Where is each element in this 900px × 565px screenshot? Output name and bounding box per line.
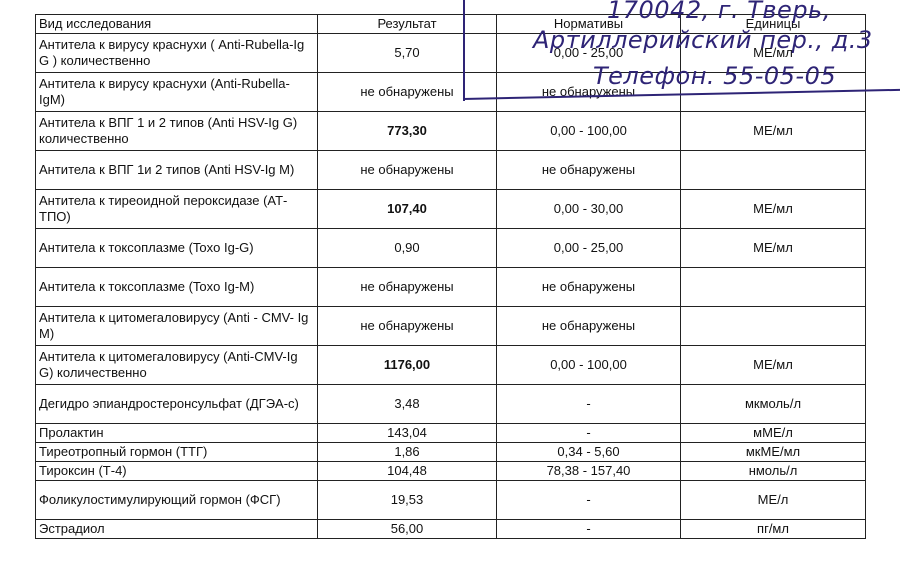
reference-range-cell: не обнаружены xyxy=(497,73,681,112)
unit-cell xyxy=(681,151,866,190)
reference-range-cell: не обнаружены xyxy=(497,151,681,190)
result-cell: 5,70 xyxy=(318,34,497,73)
result-cell: не обнаружены xyxy=(318,151,497,190)
result-cell: 773,30 xyxy=(318,112,497,151)
reference-range-cell: 78,38 - 157,40 xyxy=(497,462,681,481)
header-result: Результат xyxy=(318,15,497,34)
test-name-cell: Дегидро эпиандростеронсульфат (ДГЭА-с) xyxy=(36,385,318,424)
unit-cell: МЕ/мл xyxy=(681,229,866,268)
test-name-cell: Эстрадиол xyxy=(36,520,318,539)
table-row: Антитела к ВПГ 1 и 2 типов (Anti HSV-Ig … xyxy=(36,112,866,151)
test-name-cell: Антитела к ВПГ 1и 2 типов (Anti HSV-Ig M… xyxy=(36,151,318,190)
table-row: Антитела к ВПГ 1и 2 типов (Anti HSV-Ig M… xyxy=(36,151,866,190)
result-cell: 3,48 xyxy=(318,385,497,424)
lab-results-table: Вид исследования Результат Нормативы Еди… xyxy=(35,14,866,539)
reference-range-cell: - xyxy=(497,481,681,520)
test-name-cell: Антитела к тиреоидной пероксидазе (АТ-ТП… xyxy=(36,190,318,229)
test-name-cell: Антитела к токсоплазме (Toxo Ig-G) xyxy=(36,229,318,268)
test-name-cell: Антитела к токсоплазме (Toxo Ig-M) xyxy=(36,268,318,307)
unit-cell: МЕ/мл xyxy=(681,346,866,385)
result-cell: 19,53 xyxy=(318,481,497,520)
test-name-cell: Тироксин (Т-4) xyxy=(36,462,318,481)
table-row: Дегидро эпиандростеронсульфат (ДГЭА-с)3,… xyxy=(36,385,866,424)
unit-cell: МЕ/л xyxy=(681,481,866,520)
result-cell: 1176,00 xyxy=(318,346,497,385)
header-norm: Нормативы xyxy=(497,15,681,34)
result-cell: 56,00 xyxy=(318,520,497,539)
result-cell: 1,86 xyxy=(318,443,497,462)
unit-cell: мкмоль/л xyxy=(681,385,866,424)
table-row: Антитела к вирусу краснухи ( Anti-Rubell… xyxy=(36,34,866,73)
table-row: Антитела к цитомегаловирусу (Anti-CMV-Ig… xyxy=(36,346,866,385)
unit-cell: МЕ/мл xyxy=(681,34,866,73)
unit-cell xyxy=(681,307,866,346)
reference-range-cell: 0,00 - 25,00 xyxy=(497,229,681,268)
reference-range-cell: 0,00 - 25,00 xyxy=(497,34,681,73)
reference-range-cell: 0,34 - 5,60 xyxy=(497,443,681,462)
reference-range-cell: не обнаружены xyxy=(497,268,681,307)
unit-cell: МЕ/мл xyxy=(681,112,866,151)
table-row: Антитела к токсоплазме (Toxo Ig-G)0,900,… xyxy=(36,229,866,268)
test-name-cell: Антитела к ВПГ 1 и 2 типов (Anti HSV-Ig … xyxy=(36,112,318,151)
test-name-cell: Антитела к вирусу краснухи ( Anti-Rubell… xyxy=(36,34,318,73)
reference-range-cell: не обнаружены xyxy=(497,307,681,346)
table-row: Тироксин (Т-4)104,4878,38 - 157,40нмоль/… xyxy=(36,462,866,481)
result-cell: не обнаружены xyxy=(318,268,497,307)
unit-cell: МЕ/мл xyxy=(681,190,866,229)
result-cell: 0,90 xyxy=(318,229,497,268)
header-test-name: Вид исследования xyxy=(36,15,318,34)
test-name-cell: Антитела к вирусу краснухи (Anti-Rubella… xyxy=(36,73,318,112)
unit-cell: нмоль/л xyxy=(681,462,866,481)
result-cell: не обнаружены xyxy=(318,73,497,112)
table-row: Антитела к цитомегаловирусу (Anti - CMV-… xyxy=(36,307,866,346)
table-row: Антитела к токсоплазме (Toxo Ig-M)не обн… xyxy=(36,268,866,307)
header-unit: Единицы xyxy=(681,15,866,34)
reference-range-cell: 0,00 - 100,00 xyxy=(497,112,681,151)
reference-range-cell: - xyxy=(497,424,681,443)
test-name-cell: Антитела к цитомегаловирусу (Anti-CMV-Ig… xyxy=(36,346,318,385)
unit-cell: пг/мл xyxy=(681,520,866,539)
table-row: Пролактин143,04-мМЕ/л xyxy=(36,424,866,443)
result-cell: 107,40 xyxy=(318,190,497,229)
reference-range-cell: - xyxy=(497,520,681,539)
result-cell: 143,04 xyxy=(318,424,497,443)
test-name-cell: Пролактин xyxy=(36,424,318,443)
test-name-cell: Антитела к цитомегаловирусу (Anti - CMV-… xyxy=(36,307,318,346)
table-row: Тиреотропный гормон (ТТГ)1,860,34 - 5,60… xyxy=(36,443,866,462)
unit-cell xyxy=(681,268,866,307)
result-cell: не обнаружены xyxy=(318,307,497,346)
unit-cell: мкМЕ/мл xyxy=(681,443,866,462)
reference-range-cell: - xyxy=(497,385,681,424)
test-name-cell: Тиреотропный гормон (ТТГ) xyxy=(36,443,318,462)
reference-range-cell: 0,00 - 30,00 xyxy=(497,190,681,229)
test-name-cell: Фоликулостимулирующий гормон (ФСГ) xyxy=(36,481,318,520)
unit-cell xyxy=(681,73,866,112)
reference-range-cell: 0,00 - 100,00 xyxy=(497,346,681,385)
result-cell: 104,48 xyxy=(318,462,497,481)
table-row: Антитела к вирусу краснухи (Anti-Rubella… xyxy=(36,73,866,112)
table-row: Фоликулостимулирующий гормон (ФСГ)19,53-… xyxy=(36,481,866,520)
table-header-row: Вид исследования Результат Нормативы Еди… xyxy=(36,15,866,34)
table-row: Антитела к тиреоидной пероксидазе (АТ-ТП… xyxy=(36,190,866,229)
table-row: Эстрадиол56,00-пг/мл xyxy=(36,520,866,539)
unit-cell: мМЕ/л xyxy=(681,424,866,443)
